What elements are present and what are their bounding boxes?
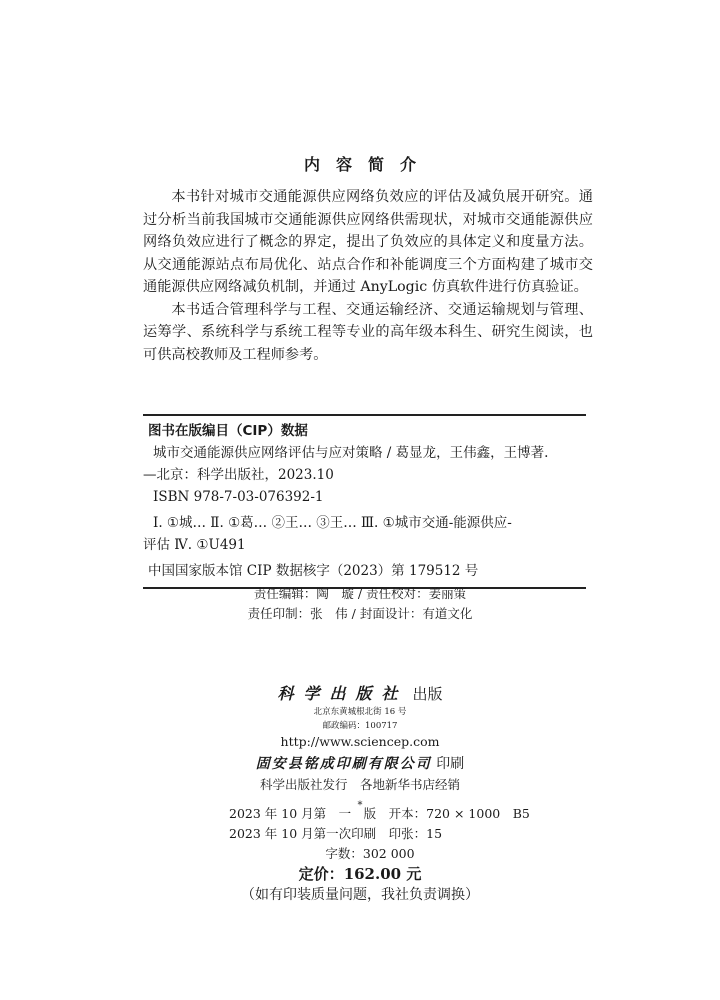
printer-row: 固安县铭成印刷有限公司 印刷	[0, 753, 720, 775]
printer-name: 固安县铭成印刷有限公司	[256, 756, 432, 772]
cip-title-line: 城市交通能源供应网络评估与应对策略 / 葛显龙，王伟鑫，王博著.	[143, 442, 586, 464]
cip-approval-number: 中国国家版本馆 CIP 数据核字（2023）第 179512 号	[143, 560, 586, 582]
cip-heading: 图书在版编目（CIP）数据	[143, 420, 586, 442]
word-count: 字数：302 000	[0, 844, 720, 864]
publisher-name-row: 科学出版社 出版	[0, 683, 720, 705]
publisher-address: 北京东黄城根北街 16 号	[0, 705, 720, 719]
quality-notice: （如有印装质量问题，我社负责调换）	[0, 884, 720, 906]
cip-classification: Ⅰ. ①城… Ⅱ. ①葛… ②王… ③王… Ⅲ. ①城市交通-能源供应- 评估 …	[143, 512, 586, 556]
printer-suffix: 印刷	[436, 756, 464, 772]
cip-classification-line: Ⅰ. ①城… Ⅱ. ①葛… ②王… ③王… Ⅲ. ①城市交通-能源供应-	[143, 512, 586, 534]
cip-publisher-line: —北京：科学出版社，2023.10	[143, 464, 586, 486]
credits-line: 责任印制：张 伟 / 封面设计：有道文化	[0, 604, 720, 624]
cip-classification-line: 评估 Ⅳ. ①U491	[143, 534, 586, 556]
price-value: 162.00 元	[344, 865, 422, 883]
copyright-page: 内容简介 本书针对城市交通能源供应网络负效应的评估及减负展开研究。通过分析当前我…	[0, 0, 720, 1000]
publisher-postcode: 邮政编码：100717	[0, 719, 720, 733]
summary-body: 本书针对城市交通能源供应网络负效应的评估及减负展开研究。通过分析当前我国城市交通…	[143, 186, 593, 366]
distribution-line: 科学出版社发行 各地新华书店经销	[0, 775, 720, 795]
summary-paragraph: 本书针对城市交通能源供应网络负效应的评估及减负展开研究。通过分析当前我国城市交通…	[143, 186, 593, 299]
price-row: 定价：162.00 元	[0, 863, 720, 885]
summary-title: 内容简介	[0, 152, 720, 175]
edition-info: 2023 年 10 月第 一 版 开本：720 × 1000 B5 2023 年…	[229, 804, 530, 844]
publisher-name: 科学出版社	[277, 684, 407, 703]
publisher-suffix: 出版	[413, 685, 443, 703]
printing-line: 2023 年 10 月第一次印刷 印张：15	[229, 824, 530, 844]
publisher-url: http://www.sciencep.com	[0, 733, 720, 751]
edition-line: 2023 年 10 月第 一 版 开本：720 × 1000 B5	[229, 804, 530, 824]
price-label: 定价：	[299, 865, 344, 883]
summary-paragraph: 本书适合管理科学与工程、交通运输经济、交通运输规划与管理、运筹学、系统科学与系统…	[143, 299, 593, 367]
cip-data-block: 图书在版编目（CIP）数据 城市交通能源供应网络评估与应对策略 / 葛显龙，王伟…	[143, 414, 586, 589]
publisher-info: 科学出版社 出版 北京东黄城根北街 16 号 邮政编码：100717 http:…	[0, 683, 720, 813]
credits-line: 责任编辑：陶 璇 / 责任校对：姜丽策	[0, 584, 720, 604]
editorial-credits: 责任编辑：陶 璇 / 责任校对：姜丽策 责任印制：张 伟 / 封面设计：有道文化	[0, 584, 720, 624]
cip-isbn: ISBN 978-7-03-076392-1	[143, 486, 586, 508]
